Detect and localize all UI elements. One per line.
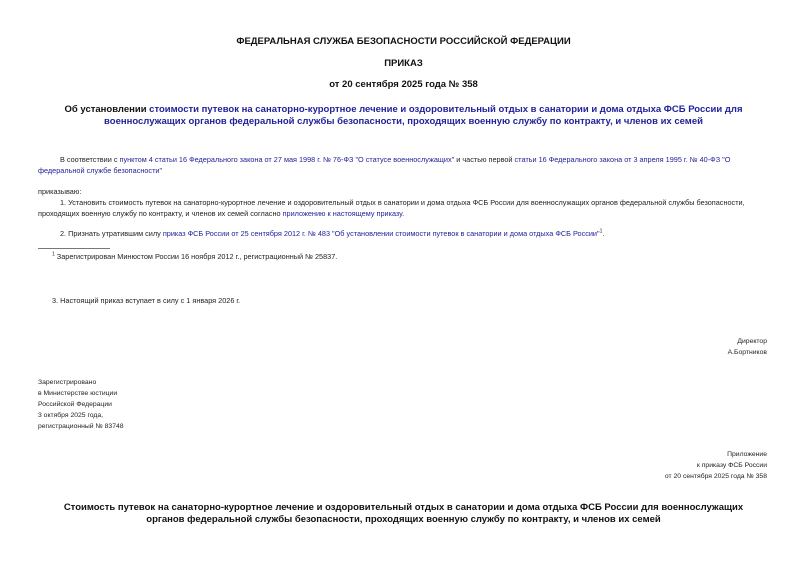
agency-name: ФЕДЕРАЛЬНАЯ СЛУЖБА БЕЗОПАСНОСТИ РОССИЙСК… (0, 36, 807, 47)
law-76fz-link[interactable]: пунктом 4 статьи 16 Федерального закона … (120, 155, 455, 164)
document-date-number: от 20 сентября 2025 года № 358 (0, 79, 807, 90)
signatory-name: А.Бортников (560, 347, 767, 358)
appendix-title: Стоимость путевок на санаторно-курортное… (60, 502, 747, 526)
title-link[interactable]: стоимости путевок на санаторно-курортное… (104, 104, 742, 127)
preamble-text-2: и частью первой (454, 155, 514, 164)
registration-line-3: Российской Федерации (38, 399, 124, 410)
order-word: приказываю: (38, 186, 81, 197)
item-1-tail: . (402, 209, 404, 218)
appendix-link[interactable]: приложению к настоящему приказу (283, 209, 403, 218)
registration-line-5: регистрационный № 83748 (38, 421, 124, 432)
item-1: 1. Установить стоимость путевок на санат… (38, 197, 773, 219)
appendix-header: Приложение к приказу ФСБ России от 20 се… (560, 449, 767, 482)
appendix-line-3: от 20 сентября 2025 года № 358 (560, 471, 767, 482)
document-type: ПРИКАЗ (0, 58, 807, 69)
item-2-text: 2. Признать утратившим силу (60, 229, 163, 238)
registration-line-1: Зарегистрировано (38, 377, 124, 388)
signatory-position: Директор (560, 336, 767, 347)
signature-block: Директор А.Бортников (560, 336, 767, 358)
appendix-line-1: Приложение (560, 449, 767, 460)
footnote: 1 Зарегистрирован Минюстом России 16 ноя… (52, 251, 337, 262)
footnote-divider (38, 248, 110, 249)
item-2: 2. Признать утратившим силу приказ ФСБ Р… (38, 228, 773, 239)
preamble: В соответствии с пунктом 4 статьи 16 Фед… (38, 154, 773, 176)
appendix-line-2: к приказу ФСБ России (560, 460, 767, 471)
registration-line-4: 3 октября 2025 года, (38, 410, 124, 421)
title-prefix: Об установлении (65, 104, 150, 115)
preamble-text-1: В соответствии с (60, 155, 120, 164)
registration-block: Зарегистрировано в Министерстве юстиции … (38, 377, 124, 432)
registration-line-2: в Министерстве юстиции (38, 388, 124, 399)
item-2-tail: . (602, 229, 604, 238)
item-3: 3. Настоящий приказ вступает в силу с 1 … (52, 295, 240, 306)
footnote-text: Зарегистрирован Минюстом России 16 ноябр… (55, 252, 338, 261)
document-title: Об установлении стоимости путевок на сан… (30, 104, 777, 128)
order-483-link[interactable]: приказ ФСБ России от 25 сентября 2012 г.… (163, 229, 600, 238)
